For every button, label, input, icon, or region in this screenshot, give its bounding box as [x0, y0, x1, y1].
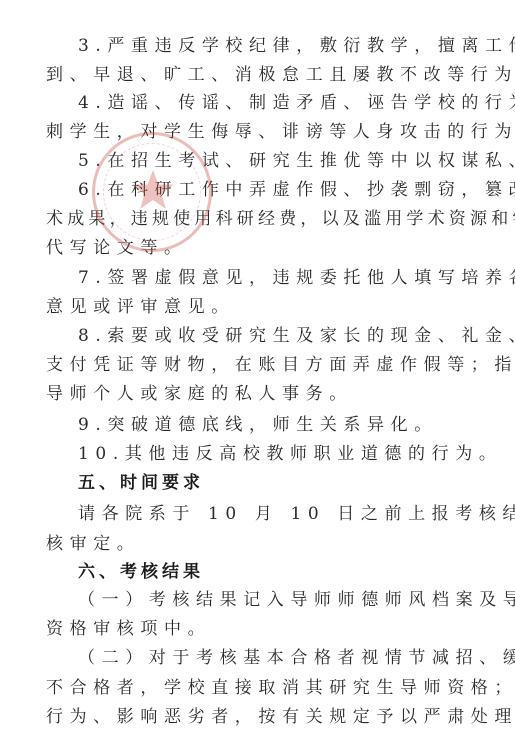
item-7-line-1: 7.签署虚假意见，违规委托他人填写培养各环节的鉴定 — [78, 264, 468, 293]
section-5-heading: 五、时间要求 — [78, 469, 468, 498]
section-5-line-2: 核审定。 — [46, 530, 466, 559]
item-10-line-1: 10.其他违反高校教师职业道德的行为。 — [78, 440, 468, 469]
item-8-line-3: 导师个人或家庭的私人事务。 — [46, 380, 466, 409]
official-seal-stamp — [92, 132, 212, 252]
section-6-item-2-line-2: 不合格者，学校直接取消其研究生导师资格；对有严重失德 — [46, 674, 466, 703]
document-page: 3.严重违反学校纪律，敷衍教学，擅离工作岗位，经常迟 到、早退、旷工、消极怠工且… — [0, 0, 515, 730]
item-4-line-2: 刺学生，对学生侮辱、诽谤等人身攻击的行为。 — [46, 118, 466, 147]
item-8-line-1: 8.索要或收受研究生及家长的现金、礼金、有价证券、 — [78, 322, 468, 351]
item-6-line-3: 代写论文等。 — [46, 234, 466, 263]
item-7-line-2: 意见或评审意见。 — [46, 293, 466, 322]
section-6-item-1-line-2: 资格审核项中。 — [46, 615, 466, 644]
section-6-item-2-line-3: 行为、影响恶劣者，按有关规定予以严肃处理。 — [46, 703, 466, 730]
section-6-item-1-line-1: （一）考核结果记入导师师德师风档案及导师年度招生 — [78, 586, 468, 615]
item-3-line-1: 3.严重违反学校纪律，敷衍教学，擅离工作岗位，经常迟 — [78, 32, 468, 61]
section-6-item-2-line-1: （二）对于考核基本合格者视情节减招、缓招或停招； — [78, 644, 468, 673]
item-8-line-2: 支付凭证等财物，在账目方面弄虚作假等；指使研究生承担 — [46, 351, 466, 380]
section-5-line-1: 请各院系于 10 月 10 日之前上报考核结果，研究生院复 — [78, 500, 468, 529]
section-6-heading: 六、考核结果 — [78, 558, 468, 587]
item-9-line-1: 9.突破道德底线，师生关系异化。 — [78, 411, 468, 440]
star-icon — [130, 168, 176, 212]
item-3-line-2: 到、早退、旷工、消极怠工且屡教不改等行为。 — [46, 61, 466, 90]
item-4-line-1: 4.造谣、传谣、制造矛盾、诬告学校的行为；歧视、讽 — [78, 89, 468, 118]
